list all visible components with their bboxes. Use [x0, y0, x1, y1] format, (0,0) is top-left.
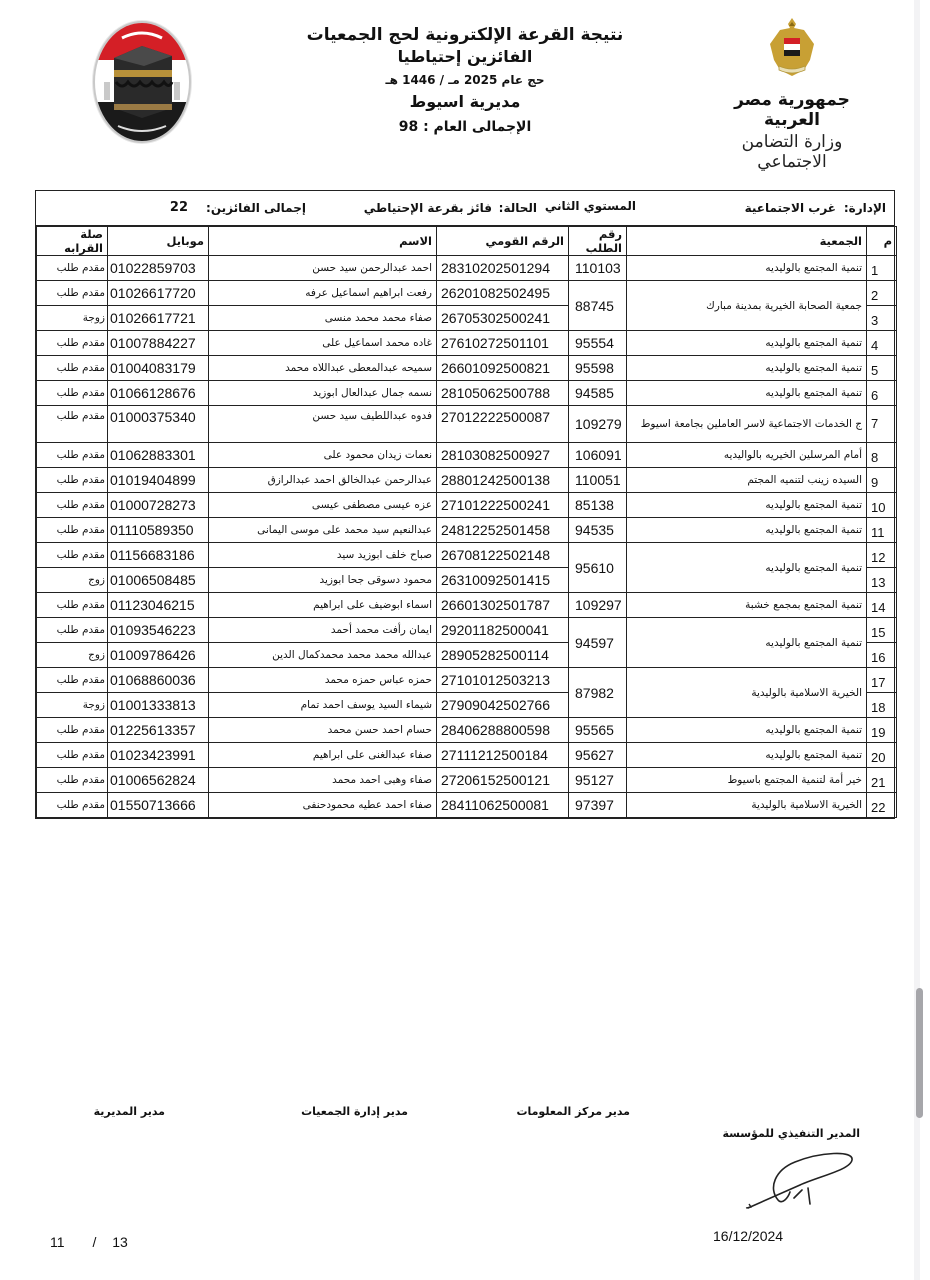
cell-mobile: 01009786426 — [108, 643, 209, 668]
cell-mobile: 01123046215 — [108, 593, 209, 618]
cell-relation: مقدم طلب — [37, 718, 108, 743]
winners-total-value: 22 — [170, 200, 188, 215]
cell-association: ج الخدمات الاجتماعية لاسر العاملين بجامع… — [627, 406, 867, 443]
cell-relation: مقدم طلب — [37, 331, 108, 356]
status-value: فائز بقرعة الإحتياطي — [364, 201, 492, 215]
cell-request-no: 110103 — [569, 256, 627, 281]
cell-name: شيماء السيد يوسف احمد تمام — [209, 693, 437, 718]
directorate-manager-label: مدير المديرية — [94, 1105, 165, 1118]
cell-name: صفاء عبدالغنى على ابراهيم — [209, 743, 437, 768]
winners-total-label: إجمالى الفائزين: — [206, 201, 306, 215]
table-row: 1 تنمية المجتمع بالوليديه 110103 2831020… — [37, 256, 897, 281]
cell-relation: زوج — [37, 643, 108, 668]
cell-mobile: 01007884227 — [108, 331, 209, 356]
cell-name: صفاء احمد عطيه محمودحنفى — [209, 793, 437, 818]
cell-national-id: 27206152500121 — [437, 768, 569, 793]
cell-association: تنمية المجتمع بالوليديه — [627, 356, 867, 381]
cell-national-id: 28105062500788 — [437, 381, 569, 406]
cell-name: صباح خلف ابوزيد سيد — [209, 543, 437, 568]
cell-m: 16 — [867, 643, 897, 668]
cell-request-no: 95554 — [569, 331, 627, 356]
info-center-manager-label: مدير مركز المعلومات — [516, 1105, 630, 1118]
cell-mobile: 01026617720 — [108, 281, 209, 306]
winners-table-frame: الإدارة: غرب الاجتماعية المستوي الثاني ا… — [35, 190, 895, 819]
cell-relation: مقدم طلب — [37, 381, 108, 406]
cell-name: احمد عبدالرحمن سيد حسن — [209, 256, 437, 281]
cell-mobile: 01093546223 — [108, 618, 209, 643]
cell-m: 21 — [867, 768, 897, 793]
cell-request-no: 109297 — [569, 593, 627, 618]
cell-mobile: 01001333813 — [108, 693, 209, 718]
cell-national-id: 26601302501787 — [437, 593, 569, 618]
cell-name: ايمان رأفت محمد أحمد — [209, 618, 437, 643]
cell-relation: مقدم طلب — [37, 618, 108, 643]
cell-national-id: 27909042502766 — [437, 693, 569, 718]
cell-relation: مقدم طلب — [37, 593, 108, 618]
cell-mobile: 01550713666 — [108, 793, 209, 818]
page-separator: / — [92, 1234, 96, 1250]
cell-name: فدوه عبداللطيف سيد حسن — [209, 406, 437, 443]
cell-relation: مقدم طلب — [37, 356, 108, 381]
winners-table: م الجمعية رقم الطلب الرقم القومي الاسم م… — [36, 226, 897, 818]
cell-m: 10 — [867, 493, 897, 518]
table-row: 2 جمعية الصحابة الخيرية بمدينة مبارك 887… — [37, 281, 897, 306]
table-row: 22 الخيرية الاسلامية بالوليدية 97397 284… — [37, 793, 897, 818]
ministry-name: وزارة التضامن الاجتماعي — [712, 132, 872, 172]
cell-national-id: 28310202501294 — [437, 256, 569, 281]
cell-request-no: 95127 — [569, 768, 627, 793]
table-row: 8 أمام المرسلين الخيريه بالواليديه 10609… — [37, 443, 897, 468]
page-indicator: 11 / 13 — [50, 1234, 128, 1250]
republic-name: جمهورية مصر العربية — [712, 90, 872, 130]
status-label: الحالة: — [499, 201, 537, 215]
cell-request-no: 95598 — [569, 356, 627, 381]
cell-request-no: 95627 — [569, 743, 627, 768]
level-value: المستوي الثاني — [545, 199, 636, 213]
cell-m: 4 — [867, 331, 897, 356]
table-row: 7 ج الخدمات الاجتماعية لاسر العاملين بجا… — [37, 406, 897, 443]
hajj-foundation-logo — [88, 16, 196, 148]
cell-national-id: 28406288800598 — [437, 718, 569, 743]
cell-m: 6 — [867, 381, 897, 406]
cell-association: خير أمة لتنمية المجتمع باسيوط — [627, 768, 867, 793]
cell-relation: زوج — [37, 568, 108, 593]
page-current: 11 — [50, 1234, 65, 1250]
cell-m: 20 — [867, 743, 897, 768]
cell-request-no: 109279 — [569, 406, 627, 443]
col-header-request-no: رقم الطلب — [569, 227, 627, 256]
document-page: نتيجة القرعة الإلكترونية لحج الجمعيات ال… — [0, 0, 930, 1280]
table-row: 5 تنمية المجتمع بالوليديه 95598 26601092… — [37, 356, 897, 381]
associations-manager-label: مدير إدارة الجمعيات — [301, 1105, 408, 1118]
cell-request-no: 88745 — [569, 281, 627, 331]
cell-request-no: 110051 — [569, 468, 627, 493]
table-row: 9 السيده زينب لتنميه المجتم 110051 28801… — [37, 468, 897, 493]
cell-association: تنمية المجتمع بالوليديه — [627, 331, 867, 356]
cell-mobile: 01026617721 — [108, 306, 209, 331]
cell-mobile: 01225613357 — [108, 718, 209, 743]
administration-label: الإدارة: — [844, 201, 886, 215]
cell-name: صفاء وهبى احمد محمد — [209, 768, 437, 793]
cell-association: تنمية المجتمع بالوليديه — [627, 718, 867, 743]
cell-national-id: 28103082500927 — [437, 443, 569, 468]
table-row: 20 تنمية المجتمع بالوليديه 95627 2711121… — [37, 743, 897, 768]
cell-name: حمزه عباس حمزه محمد — [209, 668, 437, 693]
cell-relation: مقدم طلب — [37, 406, 108, 443]
cell-association: تنمية المجتمع بمجمع خشبة — [627, 593, 867, 618]
cell-m: 15 — [867, 618, 897, 643]
cell-association: السيده زينب لتنميه المجتم — [627, 468, 867, 493]
cell-request-no: 97397 — [569, 793, 627, 818]
cell-mobile: 01019404899 — [108, 468, 209, 493]
kaaba-emblem-icon — [88, 16, 196, 148]
page-total: 13 — [112, 1234, 128, 1250]
cell-association: تنمية المجتمع بالوليديه — [627, 381, 867, 406]
cell-name: صفاء محمد محمد منسى — [209, 306, 437, 331]
cell-relation: مقدم طلب — [37, 793, 108, 818]
cell-request-no: 94535 — [569, 518, 627, 543]
cell-mobile: 01110589350 — [108, 518, 209, 543]
cell-national-id: 27101222500241 — [437, 493, 569, 518]
table-row: 11 تنمية المجتمع بالوليديه 94535 2481225… — [37, 518, 897, 543]
cell-mobile: 01068860036 — [108, 668, 209, 693]
cell-m: 5 — [867, 356, 897, 381]
cell-national-id: 26705302500241 — [437, 306, 569, 331]
cell-mobile: 01023423991 — [108, 743, 209, 768]
table-row: 17 الخيرية الاسلامية بالوليدية 87982 271… — [37, 668, 897, 693]
cell-relation: مقدم طلب — [37, 443, 108, 468]
cell-national-id: 27610272501101 — [437, 331, 569, 356]
document-title: نتيجة القرعة الإلكترونية لحج الجمعيات — [300, 24, 630, 46]
cell-national-id: 24812252501458 — [437, 518, 569, 543]
cell-name: سميحه عبدالمعطى عبداللاه محمد — [209, 356, 437, 381]
cell-name: محمود دسوقى جحا ابوزيد — [209, 568, 437, 593]
cell-relation: مقدم طلب — [37, 743, 108, 768]
cell-m: 3 — [867, 306, 897, 331]
cell-request-no: 85138 — [569, 493, 627, 518]
cell-name: عزه عيسى مصطفى عيسى — [209, 493, 437, 518]
cell-association: الخيرية الاسلامية بالوليدية — [627, 793, 867, 818]
cell-request-no: 106091 — [569, 443, 627, 468]
document-subtitle: الفائزين إحتياطيا — [300, 46, 630, 68]
cell-relation: زوجة — [37, 306, 108, 331]
cell-request-no: 87982 — [569, 668, 627, 718]
cell-name: عبدالنعيم سيد محمد على موسى اليمانى — [209, 518, 437, 543]
cell-request-no: 95610 — [569, 543, 627, 593]
cell-name: عبدالله محمد محمد محمدكمال الدين — [209, 643, 437, 668]
cell-relation: مقدم طلب — [37, 256, 108, 281]
cell-association: تنمية المجتمع بالوليديه — [627, 743, 867, 768]
cell-national-id: 26310092501415 — [437, 568, 569, 593]
cell-national-id: 27012222500087 — [437, 406, 569, 443]
cell-association: أمام المرسلين الخيريه بالواليديه — [627, 443, 867, 468]
cell-mobile: 01062883301 — [108, 443, 209, 468]
grand-total: الإجمالى العام : 98 — [300, 114, 630, 140]
cell-name: نعمات زيدان محمود على — [209, 443, 437, 468]
eagle-emblem-icon — [767, 16, 817, 78]
cell-m: 18 — [867, 693, 897, 718]
table-row: 19 تنمية المجتمع بالوليديه 95565 2840628… — [37, 718, 897, 743]
cell-m: 8 — [867, 443, 897, 468]
cell-relation: مقدم طلب — [37, 468, 108, 493]
cell-association: تنمية المجتمع بالوليديه — [627, 256, 867, 281]
cell-m: 11 — [867, 518, 897, 543]
cell-relation: مقدم طلب — [37, 768, 108, 793]
cell-mobile: 01006508485 — [108, 568, 209, 593]
cell-association: جمعية الصحابة الخيرية بمدينة مبارك — [627, 281, 867, 331]
cell-name: حسام احمد حسن محمد — [209, 718, 437, 743]
col-header-national-id: الرقم القومي — [437, 227, 569, 256]
cell-relation: زوجة — [37, 693, 108, 718]
directorate-name: مديرية اسيوط — [300, 90, 630, 114]
cell-mobile: 01156683186 — [108, 543, 209, 568]
col-header-name: الاسم — [209, 227, 437, 256]
cell-national-id: 27111212500184 — [437, 743, 569, 768]
table-info-row: الإدارة: غرب الاجتماعية المستوي الثاني ا… — [36, 191, 894, 226]
cell-name: رفعت ابراهيم اسماعيل عرفه — [209, 281, 437, 306]
cell-mobile: 01006562824 — [108, 768, 209, 793]
cell-association: تنمية المجتمع بالوليديه — [627, 543, 867, 593]
cell-mobile: 01000375340 — [108, 406, 209, 443]
cell-m: 19 — [867, 718, 897, 743]
table-row: 10 تنمية المجتمع بالوليديه 85138 2710122… — [37, 493, 897, 518]
cell-request-no: 95565 — [569, 718, 627, 743]
cell-association: تنمية المجتمع بالوليديه — [627, 618, 867, 668]
table-row: 12 تنمية المجتمع بالوليديه 95610 2670812… — [37, 543, 897, 568]
cell-association: الخيرية الاسلامية بالوليدية — [627, 668, 867, 718]
cell-m: 7 — [867, 406, 897, 443]
cell-relation: مقدم طلب — [37, 543, 108, 568]
cell-m: 9 — [867, 468, 897, 493]
cell-national-id: 28905282500114 — [437, 643, 569, 668]
cell-request-no: 94597 — [569, 618, 627, 668]
ministry-logo: جمهورية مصر العربية وزارة التضامن الاجتم… — [712, 16, 872, 156]
cell-request-no: 94585 — [569, 381, 627, 406]
cell-mobile: 01066128676 — [108, 381, 209, 406]
cell-national-id: 28801242500138 — [437, 468, 569, 493]
signature-icon — [740, 1150, 855, 1215]
col-header-association: الجمعية — [627, 227, 867, 256]
executive-director-label: المدير التنفيذي للمؤسسة — [722, 1127, 860, 1140]
cell-national-id: 28411062500081 — [437, 793, 569, 818]
document-date: 16/12/2024 — [713, 1228, 783, 1244]
cell-relation: مقدم طلب — [37, 518, 108, 543]
cell-name: نسمه جمال عبدالعال ابوزيد — [209, 381, 437, 406]
administration-value: غرب الاجتماعية — [745, 201, 836, 215]
cell-m: 22 — [867, 793, 897, 818]
cell-national-id: 26708122502148 — [437, 543, 569, 568]
col-header-relation: صلة القرابه — [37, 227, 108, 256]
cell-association: تنمية المجتمع بالوليديه — [627, 518, 867, 543]
cell-mobile: 01022859703 — [108, 256, 209, 281]
table-header-row: م الجمعية رقم الطلب الرقم القومي الاسم م… — [37, 227, 897, 256]
cell-mobile: 01000728273 — [108, 493, 209, 518]
cell-national-id: 26601092500821 — [437, 356, 569, 381]
cell-national-id: 29201182500041 — [437, 618, 569, 643]
cell-name: اسماء ابوضيف على ابراهيم — [209, 593, 437, 618]
document-title-block: نتيجة القرعة الإلكترونية لحج الجمعيات ال… — [300, 24, 630, 140]
cell-national-id: 26201082502495 — [437, 281, 569, 306]
cell-relation: مقدم طلب — [37, 668, 108, 693]
cell-m: 2 — [867, 281, 897, 306]
cell-national-id: 27101012503213 — [437, 668, 569, 693]
col-header-m: م — [867, 227, 897, 256]
cell-name: عبدالرحمن عبدالخالق احمد عبدالرازق — [209, 468, 437, 493]
cell-m: 1 — [867, 256, 897, 281]
col-header-mobile: موبايل — [108, 227, 209, 256]
cell-relation: مقدم طلب — [37, 493, 108, 518]
cell-m: 17 — [867, 668, 897, 693]
cell-relation: مقدم طلب — [37, 281, 108, 306]
cell-m: 13 — [867, 568, 897, 593]
cell-m: 12 — [867, 543, 897, 568]
table-row: 4 تنمية المجتمع بالوليديه 95554 27610272… — [37, 331, 897, 356]
vertical-scrollbar-thumb[interactable] — [916, 988, 923, 1118]
cell-association: تنمية المجتمع بالوليديه — [627, 493, 867, 518]
cell-m: 14 — [867, 593, 897, 618]
cell-mobile: 01004083179 — [108, 356, 209, 381]
hajj-year: حج عام 2025 مـ / 1446 هـ — [300, 70, 630, 90]
table-row: 6 تنمية المجتمع بالوليديه 94585 28105062… — [37, 381, 897, 406]
table-row: 21 خير أمة لتنمية المجتمع باسيوط 95127 2… — [37, 768, 897, 793]
table-row: 15 تنمية المجتمع بالوليديه 94597 2920118… — [37, 618, 897, 643]
table-row: 14 تنمية المجتمع بمجمع خشبة 109297 26601… — [37, 593, 897, 618]
cell-name: غاده محمد اسماعيل على — [209, 331, 437, 356]
